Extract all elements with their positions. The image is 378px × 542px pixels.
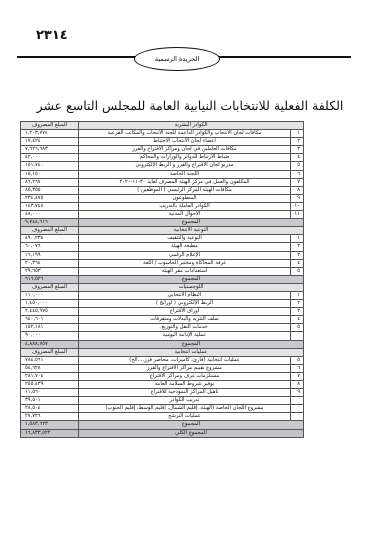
row-description: اللجنة الخاصة [79,170,291,178]
row-number: ٥ [291,324,304,332]
table-row: ٥خدمات النقل والتوزيع١٥٢,١٨١ [21,324,304,332]
row-number: ٤ [291,316,304,324]
row-description: غرفة المحاكاة ومختبر الحاسوب / اللغة [79,259,291,267]
document-title: الكلفة الفعلية للانتخابات النيابية العام… [10,98,370,113]
row-number: ٥ [291,267,304,275]
row-number: ١ [291,235,304,243]
table-row: ١التوعية والتثقيف٤٩٠,٢٣٤ [21,235,304,243]
row-number: ١ [291,291,304,299]
row-description: المكلفون والعمل في مركز الهيئة المصرف لغ… [79,178,291,186]
table-row: ٥عمليات انتخابية (قارئ، كاميرات، محاضر ف… [21,356,304,364]
row-description: النظام الانتخابي [79,291,291,299]
total-label: المجموع [79,340,304,348]
amount-column-header: المبلغ المصروف [21,348,79,356]
row-amount: ١٤٣,٧٤٨ [21,202,79,210]
row-number: ٤ [291,154,304,162]
row-description: أوراق الاقتراع [79,308,291,316]
row-description: الربط الإلكتروني ( اورانج ) [79,300,291,308]
row-description: تدريب الكوادر [79,397,291,405]
total-amount: ٤,٨٨٨,٧٥٧ [21,340,79,348]
table-row: ٧المكلفون والعمل في مركز الهيئة المصرف ل… [21,178,304,186]
section-title: الكوادر البشرية [79,122,304,130]
row-amount: ٧٨٤,٥٦١ [21,356,79,364]
row-amount: ٨٥,٣٥٥ [21,186,79,194]
table-row: ٤سلف النثرية والبدلات ومتفرقات٦٤٠,٦٠١ [21,316,304,324]
row-description: عمليات انتخابية (قارئ، كاميرات، محاضر فر… [79,356,291,364]
row-amount: ٢٩,٦٥٣ [21,267,79,275]
row-number [291,397,304,405]
row-description: مكافآت العاملين في لجان ومراكز الاقتراع … [79,146,291,154]
table-row: ٩تأهيل المراكز النموذجية للاقتراع١١,٥٦٠ [21,389,304,397]
table-row: ١النظام الانتخابي١١٠,٠٠٠ [21,291,304,299]
total-label: المجموع [79,219,304,227]
section-title: اللوجستيات [79,283,304,291]
table-row: ١١الأحوال المدنية٤٨,٠٠٠ [21,211,304,219]
row-amount: ٢٧,٧٢٦ [21,413,79,421]
row-amount: ٢٨,٥٠٤ [21,405,79,413]
row-number: ٢ [291,243,304,251]
row-number [291,332,304,340]
row-description: مطبعة الهيئة [79,243,291,251]
section-header-row: اللوجستياتالمبلغ المصروف [21,283,304,291]
total-label: المجموع [79,421,304,429]
row-description: مكافآت لجان الانتخاب والكوادر الداعمة لل… [79,130,291,138]
table-row: ٥مدربو لجان الاقتراع والفرز و الربط الإل… [21,162,304,170]
row-description: عمليات الترشح [79,413,291,421]
row-number: ٨ [291,186,304,194]
section-total-row: المجموع٩,٧٤٤,٦١٦ [21,219,304,227]
gazette-label: الجريدة الرسمية [134,47,220,71]
row-number: ٣ [291,251,304,259]
row-number: ٨ [291,381,304,389]
row-description: خدمات النقل والتوزيع [79,324,291,332]
section-header-row: الكوادر البشريةالمبلغ المصروف [21,122,304,130]
row-description: مشروع تقييم مراكز الاقتراع والفرز [79,364,291,372]
table-row: ٧مستلزمات غرف ومراكز الاقتراع٢٨١,٧٠٤ [21,372,304,380]
row-amount: ٤٨,٠٠٠ [21,211,79,219]
section-header-row: عمليات انتخابيةالمبلغ المصروف [21,348,304,356]
row-number: ٣ [291,308,304,316]
table-row: ١مكافآت لجان الانتخاب والكوادر الداعمة ل… [21,130,304,138]
grand-total-label: المجموع الكلي [79,429,304,437]
row-description: مدربو لجان الاقتراع والفرز و الربط الإلك… [79,162,291,170]
total-amount: ٩,٧٤٤,٦١٦ [21,219,79,227]
row-number: ٩ [291,194,304,202]
row-amount: ١٥٢,١٨١ [21,324,79,332]
row-description: مكافآت الهيئة المركز الرئيسي ( الموظفين … [79,186,291,194]
table-row: مشروع اللجان الخاصة (الهيئة، إقليم الشما… [21,405,304,413]
row-description: أعضاء لجان الانتخاب الاحتياط [79,138,291,146]
row-number: ٦ [291,170,304,178]
total-amount: ٦١٦,٥٢٦ [21,275,79,283]
row-description: مشروع اللجان الخاصة (الهيئة، إقليم الشما… [79,405,291,413]
row-number: ٤ [291,259,304,267]
page-number: ٢٣١٤ [36,28,68,43]
row-amount: ٩٠,٠٠٠ [21,332,79,340]
table-row: ٨توفير شروط السلامة العامة٢٥٥,٤٣٩ [21,381,304,389]
table-row: ٤ضباط الارتباط للدوائر والوزارات والمحاك… [21,154,304,162]
row-number: ١ [291,130,304,138]
amount-column-header: المبلغ المصروف [21,283,79,291]
amount-column-header: المبلغ المصروف [21,122,79,130]
table-row: ٣الإعلام الرقمي١٦,١٩٩ [21,251,304,259]
row-amount: ١١,٥٦٠ [21,389,79,397]
row-amount: ٢٠,٣٦٤ [21,259,79,267]
row-number: ٧ [291,372,304,380]
row-amount: ١,٢٠٣,٧٧٤ [21,130,79,138]
total-label: المجموع [79,275,304,283]
section-total-row: المجموع١,٥٨٣,٦٢٣ [21,421,304,429]
table-row: ٥استعدادات مقر الهيئة٢٩,٦٥٣ [21,267,304,275]
table-row: ٢الربط الإلكتروني ( اورانج )١,٤٥٠,٠٠٠ [21,300,304,308]
row-description: مستلزمات غرف ومراكز الاقتراع [79,372,291,380]
row-number: ١١ [291,211,304,219]
row-amount: ١١٠,٠٠٠ [21,291,79,299]
table-row: ٨مكافآت الهيئة المركز الرئيسي ( الموظفين… [21,186,304,194]
section-total-row: المجموع٤,٨٨٨,٧٥٧ [21,340,304,348]
table-row: ٤غرفة المحاكاة ومختبر الحاسوب / اللغة٢٠,… [21,259,304,267]
row-amount: ٢٥٥,٤٣٩ [21,381,79,389]
amount-column-header: المبلغ المصروف [21,227,79,235]
row-amount: ٤٩٠,٢٣٤ [21,235,79,243]
row-amount: ٧,٦٢٦,٦٨٣ [21,146,79,154]
row-amount: ٥٤,٦٢٨ [21,364,79,372]
row-description: عملية الإدامة اليومية [79,332,291,340]
row-amount: ١٦,١٩٩ [21,251,79,259]
row-number: ٢ [291,300,304,308]
row-amount: ٨٦,٢٦٧ [21,178,79,186]
row-description: سلف النثرية والبدلات ومتفرقات [79,316,291,324]
row-amount: ١٥,١٥٠ [21,170,79,178]
row-amount: ٤٢,٠٠٠ [21,154,79,162]
row-amount: ٦٠,٠٧٦ [21,243,79,251]
row-number: ٦ [291,364,304,372]
row-amount: ٣٩,٥٠١ [21,397,79,405]
cost-table: الكوادر البشريةالمبلغ المصروف١مكافآت لجا… [20,121,304,438]
section-title: عمليات انتخابية [79,348,304,356]
table-row: تدريب الكوادر٣٩,٥٠١ [21,397,304,405]
table-row: ١٠الكوادر العاملة بالتدريب١٤٣,٧٤٨ [21,202,304,210]
table-row: ٣أوراق الاقتراع٢,٤٤٥,٩٧٥ [21,308,304,316]
table-row: ٦مشروع تقييم مراكز الاقتراع والفرز٥٤,٦٢٨ [21,364,304,372]
row-amount: ٢,٤٤٥,٩٧٥ [21,308,79,316]
table-row: ٢مطبعة الهيئة٦٠,٠٧٦ [21,243,304,251]
total-amount: ١,٥٨٣,٦٢٣ [21,421,79,429]
row-amount: ٦٤٠,٦٠١ [21,316,79,324]
row-amount: ١,٤٥٠,٠٠٠ [21,300,79,308]
row-description: ضباط الارتباط للدوائر والوزارات والمحاكم [79,154,291,162]
row-description: الأحوال المدنية [79,211,291,219]
row-description: تأهيل المراكز النموذجية للاقتراع [79,389,291,397]
table-row: ٦اللجنة الخاصة١٥,١٥٠ [21,170,304,178]
table-row: عملية الإدامة اليومية٩٠,٠٠٠ [21,332,304,340]
row-amount: ٢٣٤,٤٧٥ [21,194,79,202]
table-row: عمليات الترشح٢٧,٧٢٦ [21,413,304,421]
table-row: ٩المتطوعون٢٣٤,٤٧٥ [21,194,304,202]
section-header-row: التوعية الانتخابيةالمبلغ المصروف [21,227,304,235]
row-description: استعدادات مقر الهيئة [79,267,291,275]
row-description: الإعلام الرقمي [79,251,291,259]
grand-total-amount: ١٦,٨٣٣,٥٢٢ [21,429,79,437]
row-number: ٣ [291,146,304,154]
table-row: ٢أعضاء لجان الانتخاب الاحتياط١٧,٤٢٤ [21,138,304,146]
row-number [291,413,304,421]
row-amount: ٢٨١,٧٠٤ [21,372,79,380]
row-number: ٢ [291,138,304,146]
row-description: الكوادر العاملة بالتدريب [79,202,291,210]
row-number: ٧ [291,178,304,186]
grand-total-row: المجموع الكلي١٦,٨٣٣,٥٢٢ [21,429,304,437]
row-description: توفير شروط السلامة العامة [79,381,291,389]
row-description: التوعية والتثقيف [79,235,291,243]
row-amount: ١٧,٤٢٤ [21,138,79,146]
section-total-row: المجموع٦١٦,٥٢٦ [21,275,304,283]
table-row: ٣مكافآت العاملين في لجان ومراكز الاقتراع… [21,146,304,154]
section-title: التوعية الانتخابية [79,227,304,235]
row-number: ٩ [291,389,304,397]
row-amount: ١٥١,٧٤٠ [21,162,79,170]
row-number [291,405,304,413]
row-number: ٥ [291,356,304,364]
row-number: ٥ [291,162,304,170]
row-description: المتطوعون [79,194,291,202]
row-number: ١٠ [291,202,304,210]
